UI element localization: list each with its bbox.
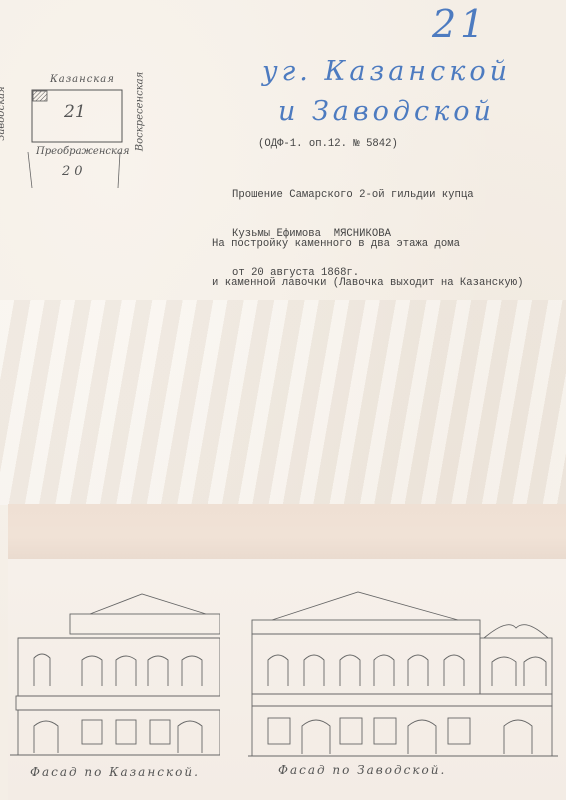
page-number: 21 [432, 2, 488, 46]
adjacent-block-number: 20 [62, 164, 87, 179]
street-top: Казанская [50, 74, 115, 85]
archival-document-page: 21 уг. Казанской и Заводской (ОДФ-1. оп.… [0, 0, 566, 800]
tissue-overlay-fold [8, 504, 566, 559]
street-bottom: Преображенская [36, 146, 130, 157]
paper-creases [0, 300, 566, 505]
facade-caption-kazanskaya: Фасад по Казанской. [30, 765, 200, 779]
archive-reference: (ОДФ-1. оп.12. № 5842) [258, 138, 398, 151]
petition-line: Прошение Самарского 2-ой гильдии купца [232, 189, 474, 202]
purpose-line: и каменной лавочки (Лавочка выходит на К… [212, 277, 524, 290]
street-left: Заводская [0, 86, 7, 141]
address-line-1: уг. Казанской [262, 56, 511, 87]
street-right: Воскресенская [134, 72, 145, 152]
purpose-line: На постройку каменного в два этажа дома [212, 238, 524, 251]
facade-zavodskaya-drawing [248, 588, 558, 758]
facade-caption-zavodskaya: Фасад по Заводской. [278, 763, 446, 777]
site-plan: Казанская Заводская Воскресенская 21 Пре… [0, 60, 160, 190]
address-line-2: и Заводской [278, 96, 495, 127]
purpose-text: На постройку каменного в два этажа дома … [212, 212, 524, 316]
block-number: 21 [64, 102, 86, 122]
facade-kazanskaya-drawing [10, 588, 220, 758]
